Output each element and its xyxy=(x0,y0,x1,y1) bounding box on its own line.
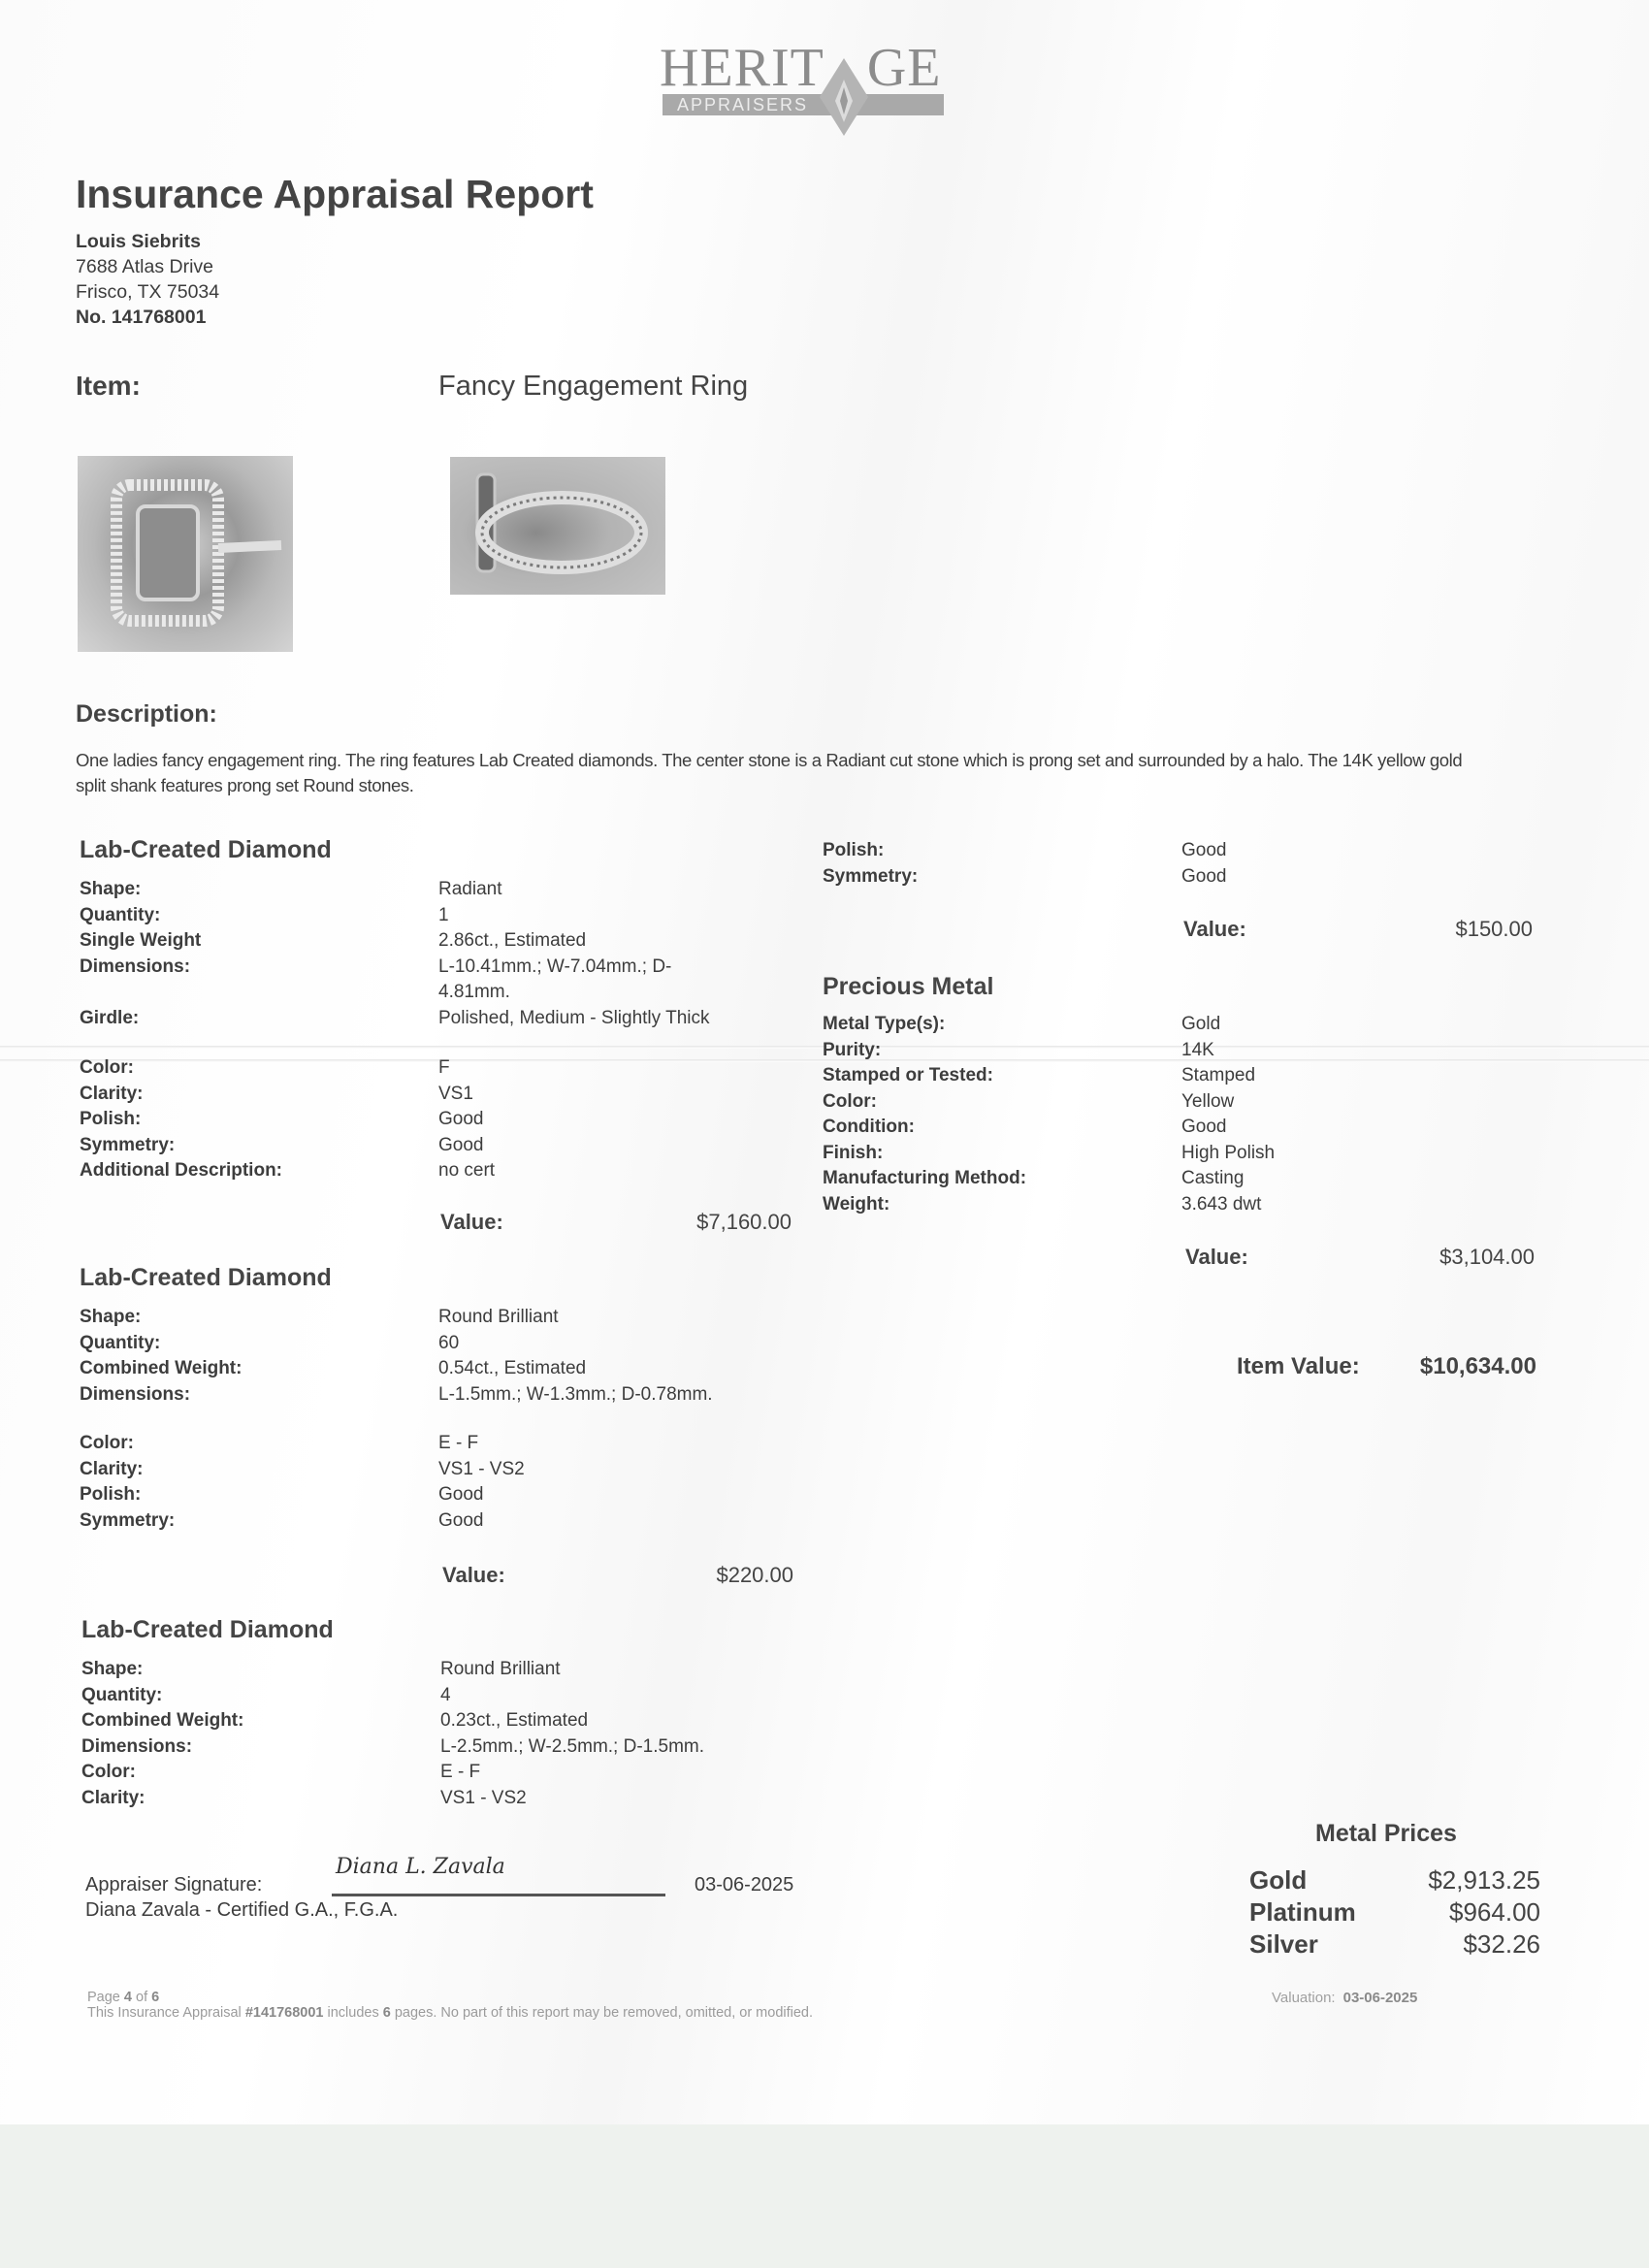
diamond-2-value: $220.00 xyxy=(601,1563,793,1588)
section-heading-diamond-1: Lab-Created Diamond xyxy=(80,836,332,864)
detail-value: 0.23ct., Estimated xyxy=(440,1708,588,1734)
detail-row: Combined Weight:0.23ct., Estimated xyxy=(81,1708,799,1734)
detail-row: Single Weight2.86ct., Estimated xyxy=(80,928,797,955)
detail-label: Shape: xyxy=(80,877,141,903)
detail-label: Condition: xyxy=(823,1115,915,1141)
signature-label: Appraiser Signature: xyxy=(85,1874,262,1896)
report-number: No. 141768001 xyxy=(76,305,219,330)
detail-value: Yellow xyxy=(1181,1089,1234,1116)
detail-value: Good xyxy=(1181,838,1226,864)
address-line-1: 7688 Atlas Drive xyxy=(76,254,219,279)
detail-label: Color: xyxy=(81,1760,136,1786)
detail-row: Symmetry:Good xyxy=(823,864,1540,891)
detail-row: Shape:Round Brilliant xyxy=(80,1305,797,1331)
detail-row: Quantity:4 xyxy=(81,1683,799,1709)
diamond-3-value: $150.00 xyxy=(1339,917,1533,942)
detail-label: Polish: xyxy=(80,1107,141,1133)
item-value-total: $10,634.00 xyxy=(1358,1353,1536,1380)
diamond-1-details: Shape:Radiant Quantity:1 Single Weight2.… xyxy=(80,877,797,1184)
detail-row: Weight:3.643 dwt xyxy=(823,1192,1540,1218)
detail-row: Girdle:Polished, Medium - Slightly Thick xyxy=(80,1006,797,1032)
description-text: One ladies fancy engagement ring. The ri… xyxy=(76,748,1472,798)
ring-image xyxy=(450,457,665,595)
section-heading-diamond-2: Lab-Created Diamond xyxy=(80,1264,332,1292)
detail-row: Polish:Good xyxy=(80,1482,797,1508)
valuation-date: Valuation:03-06-2025 xyxy=(1272,1990,1417,2006)
metal-name: Platinum xyxy=(1249,1896,1356,1928)
detail-value: Polished, Medium - Slightly Thick xyxy=(438,1006,709,1032)
detail-value: VS1 xyxy=(438,1082,473,1108)
detail-label: Symmetry: xyxy=(823,864,918,891)
detail-value: 3.643 dwt xyxy=(1181,1192,1261,1218)
detail-row: Color:E - F xyxy=(80,1431,797,1457)
detail-label: Metal Type(s): xyxy=(823,1012,945,1038)
precious-metal-value: $3,104.00 xyxy=(1339,1245,1535,1270)
detail-label: Combined Weight: xyxy=(81,1708,243,1734)
detail-value: Good xyxy=(438,1107,483,1133)
detail-value: VS1 - VS2 xyxy=(438,1457,525,1483)
handwritten-signature: Diana L. Zavala xyxy=(336,1855,505,1879)
metal-price: $32.26 xyxy=(1463,1928,1540,1960)
diamond-a-icon xyxy=(820,58,868,138)
page-footer: Page 4 of 6 This Insurance Appraisal #14… xyxy=(87,1990,813,2021)
detail-value: Good xyxy=(438,1508,483,1535)
detail-label: Dimensions: xyxy=(80,955,190,981)
detail-value: Good xyxy=(438,1482,483,1508)
detail-label: Combined Weight: xyxy=(80,1356,242,1382)
detail-label: Symmetry: xyxy=(80,1508,175,1535)
section-heading-precious-metal: Precious Metal xyxy=(823,973,993,1001)
detail-row: Condition:Good xyxy=(823,1115,1540,1141)
detail-row: Color:F xyxy=(80,1055,797,1082)
logo-tagline: APPRAISERS xyxy=(677,95,808,115)
detail-value: L-1.5mm.; W-1.3mm.; D-0.78mm. xyxy=(438,1382,713,1409)
detail-label: Clarity: xyxy=(80,1082,143,1108)
detail-value: L-2.5mm.; W-2.5mm.; D-1.5mm. xyxy=(440,1734,704,1761)
client-address-block: Louis Siebrits 7688 Atlas Drive Frisco, … xyxy=(76,229,219,330)
detail-label: Purity: xyxy=(823,1038,881,1064)
detail-value: 4 xyxy=(440,1683,451,1709)
detail-row: Shape:Radiant xyxy=(80,877,797,903)
detail-row: Dimensions:L-10.41mm.; W-7.04mm.; D- xyxy=(80,955,797,981)
detail-value: Stamped xyxy=(1181,1063,1255,1089)
detail-value: Gold xyxy=(1181,1012,1220,1038)
detail-value: 0.54ct., Estimated xyxy=(438,1356,586,1382)
detail-value: no cert xyxy=(438,1158,495,1184)
detail-row: Manufacturing Method:Casting xyxy=(823,1166,1540,1192)
detail-label: Clarity: xyxy=(80,1457,143,1483)
address-line-2: Frisco, TX 75034 xyxy=(76,279,219,305)
detail-row: Stamped or Tested:Stamped xyxy=(823,1063,1540,1089)
detail-value: Round Brilliant xyxy=(440,1657,561,1683)
detail-label: Color: xyxy=(823,1089,877,1116)
detail-row: Color:E - F xyxy=(81,1760,799,1786)
logo-wordmark: HERITGE xyxy=(660,37,942,99)
detail-value: E - F xyxy=(438,1431,478,1457)
detail-value: High Polish xyxy=(1181,1141,1275,1167)
detail-label: Stamped or Tested: xyxy=(823,1063,993,1089)
value-label: Value: xyxy=(442,1563,505,1588)
detail-label: Shape: xyxy=(81,1657,143,1683)
value-label: Value: xyxy=(1185,1245,1248,1270)
metal-prices-table: Gold$2,913.25 Platinum$964.00 Silver$32.… xyxy=(1249,1864,1540,1960)
detail-row: Clarity:VS1 - VS2 xyxy=(81,1786,799,1812)
diamond-2-details: Shape:Round Brilliant Quantity:60 Combin… xyxy=(80,1305,797,1534)
detail-row: 4.81mm. xyxy=(80,980,797,1006)
detail-value: 1 xyxy=(438,903,449,929)
detail-label: Finish: xyxy=(823,1141,883,1167)
detail-label: Quantity: xyxy=(81,1683,162,1709)
detail-label: Additional Description: xyxy=(80,1158,282,1184)
detail-label: Color: xyxy=(80,1055,134,1082)
detail-row: Clarity:VS1 - VS2 xyxy=(80,1457,797,1483)
detail-label: Quantity: xyxy=(80,903,160,929)
metal-price: $2,913.25 xyxy=(1428,1864,1540,1896)
precious-metal-details: Metal Type(s):Gold Purity:14K Stamped or… xyxy=(823,1012,1540,1217)
metal-name: Gold xyxy=(1249,1864,1307,1896)
value-label: Value: xyxy=(1183,917,1246,942)
detail-row: Metal Type(s):Gold xyxy=(823,1012,1540,1038)
detail-value: 14K xyxy=(1181,1038,1214,1064)
detail-label: Dimensions: xyxy=(81,1734,192,1761)
detail-row: Quantity:1 xyxy=(80,903,797,929)
metal-prices-heading: Metal Prices xyxy=(1315,1820,1457,1848)
detail-value: VS1 - VS2 xyxy=(440,1786,527,1812)
detail-label: Shape: xyxy=(80,1305,141,1331)
detail-label: Symmetry: xyxy=(80,1133,175,1159)
detail-label: Manufacturing Method: xyxy=(823,1166,1026,1192)
detail-row: Purity:14K xyxy=(823,1038,1540,1064)
detail-row: Polish:Good xyxy=(80,1107,797,1133)
detail-label: Polish: xyxy=(80,1482,141,1508)
page-indicator: Page 4 of 6 xyxy=(87,1990,813,2005)
detail-label: Color: xyxy=(80,1431,134,1457)
detail-value: Good xyxy=(1181,864,1226,891)
detail-label: Clarity: xyxy=(81,1786,145,1812)
detail-row: Combined Weight:0.54ct., Estimated xyxy=(80,1356,797,1382)
metal-name: Silver xyxy=(1249,1928,1318,1960)
signature-line xyxy=(332,1894,665,1896)
detail-label: Girdle: xyxy=(80,1006,139,1032)
item-name: Fancy Engagement Ring xyxy=(438,371,748,403)
detail-value: L-10.41mm.; W-7.04mm.; D- xyxy=(438,955,671,981)
detail-row: Shape:Round Brilliant xyxy=(81,1657,799,1683)
appraiser-credentials: Diana Zavala - Certified G.A., F.G.A. xyxy=(85,1899,398,1922)
metal-price-row: Silver$32.26 xyxy=(1249,1928,1540,1960)
detail-value: F xyxy=(438,1055,450,1082)
detail-row: Color:Yellow xyxy=(823,1089,1540,1116)
ring-photo-side xyxy=(450,457,665,595)
diamond-3-details-continued: Polish:Good Symmetry:Good xyxy=(823,838,1540,890)
value-label: Value: xyxy=(440,1210,503,1235)
detail-label: Polish: xyxy=(823,838,884,864)
detail-value: E - F xyxy=(440,1760,480,1786)
metal-price-row: Platinum$964.00 xyxy=(1249,1896,1540,1928)
report-title: Insurance Appraisal Report xyxy=(76,172,594,217)
detail-value-continued: 4.81mm. xyxy=(438,980,510,1006)
item-label: Item: xyxy=(76,371,141,402)
metal-price-row: Gold$2,913.25 xyxy=(1249,1864,1540,1896)
footer-notice: This Insurance Appraisal #141768001 incl… xyxy=(87,2005,813,2021)
ring-image xyxy=(78,456,293,652)
detail-row: Clarity:VS1 xyxy=(80,1082,797,1108)
detail-row: Dimensions:L-1.5mm.; W-1.3mm.; D-0.78mm. xyxy=(80,1382,797,1409)
signature-date: 03-06-2025 xyxy=(695,1874,793,1896)
section-heading-diamond-3: Lab-Created Diamond xyxy=(81,1616,334,1644)
metal-price: $964.00 xyxy=(1449,1896,1540,1928)
diamond-1-value: $7,160.00 xyxy=(601,1210,792,1235)
detail-value: 60 xyxy=(438,1331,459,1357)
paper-sheet: HERITGE APPRAISERS Insurance Appraisal R… xyxy=(0,0,1649,2124)
detail-value: Good xyxy=(438,1133,483,1159)
heritage-logo: HERITGE APPRAISERS xyxy=(660,37,951,134)
detail-value: Good xyxy=(1181,1115,1226,1141)
detail-label: Single Weight xyxy=(80,928,201,955)
detail-row: Additional Description:no cert xyxy=(80,1158,797,1184)
detail-row: Polish:Good xyxy=(823,838,1540,864)
detail-row: Dimensions:L-2.5mm.; W-2.5mm.; D-1.5mm. xyxy=(81,1734,799,1761)
detail-label: Weight: xyxy=(823,1192,889,1218)
detail-label: Dimensions: xyxy=(80,1382,190,1409)
item-value-label: Item Value: xyxy=(1237,1353,1360,1380)
diamond-3-details: Shape:Round Brilliant Quantity:4 Combine… xyxy=(81,1657,799,1811)
client-name: Louis Siebrits xyxy=(76,229,219,254)
description-heading: Description: xyxy=(76,700,217,729)
detail-value: Casting xyxy=(1181,1166,1244,1192)
detail-row: Quantity:60 xyxy=(80,1331,797,1357)
detail-row: Symmetry:Good xyxy=(80,1133,797,1159)
detail-value: Round Brilliant xyxy=(438,1305,559,1331)
ring-photo-top xyxy=(78,456,293,652)
detail-value: Radiant xyxy=(438,877,502,903)
detail-row: Finish:High Polish xyxy=(823,1141,1540,1167)
detail-value: 2.86ct., Estimated xyxy=(438,928,586,955)
detail-label: Quantity: xyxy=(80,1331,160,1357)
detail-row: Symmetry:Good xyxy=(80,1508,797,1535)
